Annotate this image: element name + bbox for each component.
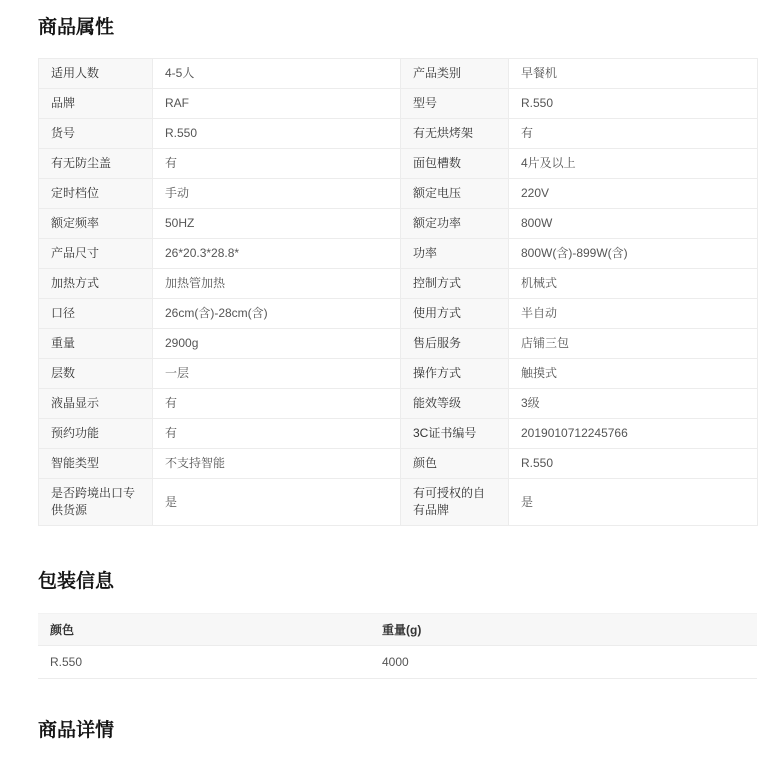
attr-value: 机械式 — [509, 269, 758, 299]
attr-value: 有 — [153, 149, 401, 179]
packaging-header-color: 颜色 — [38, 614, 370, 646]
attr-key: 口径 — [39, 299, 153, 329]
packaging-header-row: 颜色 重量(g) — [38, 614, 757, 646]
attr-value: 220V — [509, 179, 758, 209]
attr-value: R.550 — [509, 89, 758, 119]
attribute-row: 品牌RAF型号R.550 — [39, 89, 758, 119]
attribute-row: 货号R.550有无烘烤架有 — [39, 119, 758, 149]
attr-value: 加热管加热 — [153, 269, 401, 299]
attr-key: 智能类型 — [39, 449, 153, 479]
attribute-row: 智能类型不支持智能颜色R.550 — [39, 449, 758, 479]
attr-value: 不支持智能 — [153, 449, 401, 479]
attribute-row: 预约功能有3C证书编号2019010712245766 — [39, 419, 758, 449]
attr-key: 控制方式 — [401, 269, 509, 299]
attr-key: 型号 — [401, 89, 509, 119]
attr-key: 有可授权的自有品牌 — [401, 479, 509, 526]
attr-value: 是 — [509, 479, 758, 526]
attribute-row: 口径26cm(含)-28cm(含)使用方式半自动 — [39, 299, 758, 329]
attr-key: 面包槽数 — [401, 149, 509, 179]
attribute-row: 是否跨境出口专供货源是有可授权的自有品牌是 — [39, 479, 758, 526]
attr-key: 是否跨境出口专供货源 — [39, 479, 153, 526]
attr-key: 额定功率 — [401, 209, 509, 239]
attr-key: 定时档位 — [39, 179, 153, 209]
attr-value: 26cm(含)-28cm(含) — [153, 299, 401, 329]
attr-key: 3C证书编号 — [401, 419, 509, 449]
attr-key: 有无烘烤架 — [401, 119, 509, 149]
attr-key: 使用方式 — [401, 299, 509, 329]
attr-key: 操作方式 — [401, 359, 509, 389]
attr-key: 售后服务 — [401, 329, 509, 359]
attr-key: 能效等级 — [401, 389, 509, 419]
details-section-title: 商品详情 — [38, 719, 757, 742]
attr-value: 半自动 — [509, 299, 758, 329]
packaging-row: R.5504000 — [38, 646, 757, 679]
packaging-section-title: 包装信息 — [38, 570, 757, 593]
attr-key: 重量 — [39, 329, 153, 359]
attr-value: 手动 — [153, 179, 401, 209]
attr-key: 预约功能 — [39, 419, 153, 449]
attr-value: 触摸式 — [509, 359, 758, 389]
packaging-table: 颜色 重量(g) R.5504000 — [38, 613, 757, 679]
attribute-row: 加热方式加热管加热控制方式机械式 — [39, 269, 758, 299]
attr-key: 液晶显示 — [39, 389, 153, 419]
attr-value: 有 — [153, 389, 401, 419]
attributes-section-title: 商品属性 — [38, 16, 757, 39]
attr-value: 有 — [509, 119, 758, 149]
attr-value: R.550 — [153, 119, 401, 149]
attribute-row: 层数一层操作方式触摸式 — [39, 359, 758, 389]
attr-value: RAF — [153, 89, 401, 119]
attr-value: 800W — [509, 209, 758, 239]
attr-key: 额定频率 — [39, 209, 153, 239]
attr-value: 店铺三包 — [509, 329, 758, 359]
attr-value: 早餐机 — [509, 59, 758, 89]
attr-key: 加热方式 — [39, 269, 153, 299]
attribute-row: 定时档位手动额定电压220V — [39, 179, 758, 209]
product-detail-page: 商品属性 适用人数4-5人产品类别早餐机品牌RAF型号R.550货号R.550有… — [0, 0, 779, 769]
attr-key: 适用人数 — [39, 59, 153, 89]
attr-key: 层数 — [39, 359, 153, 389]
attribute-row: 额定频率50HZ额定功率800W — [39, 209, 758, 239]
packaging-color-value: R.550 — [38, 646, 370, 679]
attr-value: 2900g — [153, 329, 401, 359]
attr-value: 26*20.3*28.8* — [153, 239, 401, 269]
attr-value: 800W(含)-899W(含) — [509, 239, 758, 269]
attr-value: R.550 — [509, 449, 758, 479]
attr-key: 品牌 — [39, 89, 153, 119]
attribute-row: 适用人数4-5人产品类别早餐机 — [39, 59, 758, 89]
attr-value: 有 — [153, 419, 401, 449]
packaging-weight-value: 4000 — [370, 646, 757, 679]
attribute-row: 产品尺寸26*20.3*28.8*功率800W(含)-899W(含) — [39, 239, 758, 269]
attr-value: 4片及以上 — [509, 149, 758, 179]
attr-key: 产品尺寸 — [39, 239, 153, 269]
attr-value: 是 — [153, 479, 401, 526]
attr-value: 2019010712245766 — [509, 419, 758, 449]
attr-key: 货号 — [39, 119, 153, 149]
attr-value: 50HZ — [153, 209, 401, 239]
attr-key: 额定电压 — [401, 179, 509, 209]
attribute-row: 液晶显示有能效等级3级 — [39, 389, 758, 419]
packaging-header-weight: 重量(g) — [370, 614, 757, 646]
attr-value: 一层 — [153, 359, 401, 389]
attr-key: 有无防尘盖 — [39, 149, 153, 179]
attr-key: 颜色 — [401, 449, 509, 479]
attr-key: 产品类别 — [401, 59, 509, 89]
attribute-row: 重量2900g售后服务店铺三包 — [39, 329, 758, 359]
attribute-row: 有无防尘盖有面包槽数4片及以上 — [39, 149, 758, 179]
attributes-table: 适用人数4-5人产品类别早餐机品牌RAF型号R.550货号R.550有无烘烤架有… — [38, 58, 758, 526]
attr-value: 4-5人 — [153, 59, 401, 89]
attr-value: 3级 — [509, 389, 758, 419]
attr-key: 功率 — [401, 239, 509, 269]
